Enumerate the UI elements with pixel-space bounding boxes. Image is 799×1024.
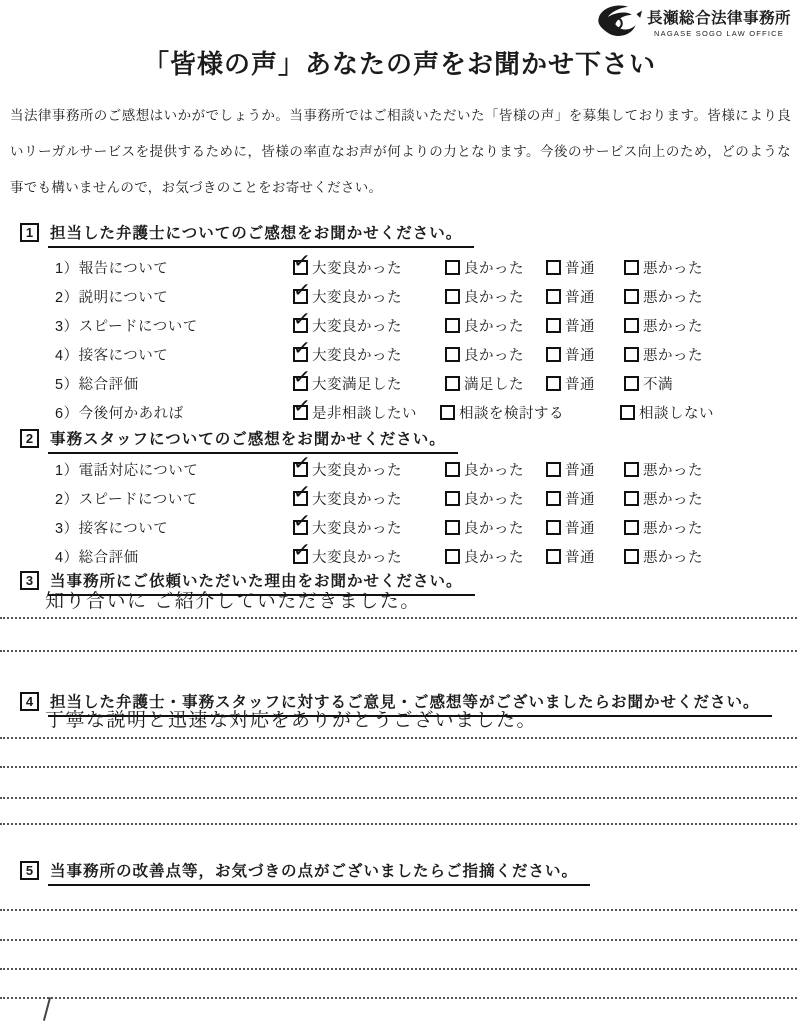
answer-line[interactable]: 知り合いに ご紹介していただきました。 bbox=[0, 586, 797, 619]
option-label: 良かった bbox=[464, 517, 524, 538]
answer-option[interactable]: 相談を検討する bbox=[440, 402, 620, 423]
answer-option[interactable]: 悪かった bbox=[624, 546, 793, 567]
option-label: 普通 bbox=[565, 546, 595, 567]
answer-option[interactable]: 普通 bbox=[546, 517, 624, 538]
option-label: 普通 bbox=[565, 459, 595, 480]
checkbox-icon[interactable] bbox=[293, 318, 308, 333]
answer-option[interactable]: 良かった bbox=[445, 344, 546, 365]
section-1-header: 1 担当した弁護士についてのご感想をお聞かせください。 bbox=[20, 221, 474, 248]
survey-form-page: 長瀬総合法律事務所 NAGASE SOGO LAW OFFICE 「皆様の声」あ… bbox=[0, 0, 799, 1024]
checkbox-icon[interactable] bbox=[293, 376, 308, 391]
checkbox-icon[interactable] bbox=[445, 491, 460, 506]
answer-option[interactable]: 大変良かった bbox=[293, 459, 445, 480]
answer-option[interactable]: 満足した bbox=[445, 373, 546, 394]
checkbox-icon[interactable] bbox=[293, 462, 308, 477]
checkbox-icon[interactable] bbox=[546, 491, 561, 506]
checkbox-icon[interactable] bbox=[445, 347, 460, 362]
option-label: 普通 bbox=[565, 286, 595, 307]
scan-artifact bbox=[43, 997, 51, 1021]
question-label: 1）電話対応について bbox=[55, 459, 293, 480]
option-label: 悪かった bbox=[643, 546, 703, 567]
handwritten-answer: 知り合いに ご紹介していただきました。 bbox=[45, 591, 421, 612]
section-2-rows: 1）電話対応について 大変良かった 良かった 普通 悪かった 2）スピードについ… bbox=[55, 455, 793, 571]
section-1-number: 1 bbox=[20, 223, 39, 242]
checkbox-icon[interactable] bbox=[546, 289, 561, 304]
section-2-header: 2 事務スタッフについてのご感想をお聞かせください。 bbox=[20, 427, 458, 454]
checkbox-icon[interactable] bbox=[293, 405, 308, 420]
checkbox-icon[interactable] bbox=[293, 289, 308, 304]
checkbox-icon[interactable] bbox=[445, 462, 460, 477]
section-1-rows: 1）報告について 大変良かった 良かった 普通 悪かった 2）説明について 大変… bbox=[55, 253, 793, 427]
option-label: 大変良かった bbox=[312, 315, 402, 336]
checkbox-icon[interactable] bbox=[546, 462, 561, 477]
option-label: 悪かった bbox=[643, 257, 703, 278]
answer-option[interactable]: 普通 bbox=[546, 373, 624, 394]
option-label: 良かった bbox=[464, 488, 524, 509]
answer-line[interactable]: 丁寧な説明と迅速な対応をありがとうございました。 bbox=[0, 705, 797, 739]
option-label: 悪かった bbox=[643, 488, 703, 509]
checkbox-icon[interactable] bbox=[445, 520, 460, 535]
question-label: 3）接客について bbox=[55, 517, 293, 538]
answer-option[interactable]: 大変良かった bbox=[293, 517, 445, 538]
checkbox-icon[interactable] bbox=[624, 260, 639, 275]
option-label: 大変良かった bbox=[312, 517, 402, 538]
answer-option[interactable]: 普通 bbox=[546, 344, 624, 365]
checkbox-icon[interactable] bbox=[624, 491, 639, 506]
answer-option[interactable]: 普通 bbox=[546, 286, 624, 307]
answer-option[interactable]: 悪かった bbox=[624, 459, 793, 480]
survey-row: 1）報告について 大変良かった 良かった 普通 悪かった bbox=[55, 253, 793, 282]
checkbox-icon[interactable] bbox=[624, 462, 639, 477]
option-label: 悪かった bbox=[643, 459, 703, 480]
page-title: 「皆様の声」あなたの声をお聞かせ下さい bbox=[0, 44, 799, 81]
checkbox-icon[interactable] bbox=[293, 260, 308, 275]
intro-paragraph: 当法律事務所のご感想はいかがでしょうか。当事務所ではご相談いただいた「皆様の声」… bbox=[10, 98, 791, 206]
checkbox-icon[interactable] bbox=[293, 549, 308, 564]
option-label: 満足した bbox=[464, 373, 524, 394]
checkbox-icon[interactable] bbox=[624, 520, 639, 535]
answer-option[interactable]: 悪かった bbox=[624, 344, 793, 365]
survey-row: 5）総合評価 大変満足した 満足した 普通 不満 bbox=[55, 369, 793, 398]
checkbox-icon[interactable] bbox=[620, 405, 635, 420]
option-label: 良かった bbox=[464, 286, 524, 307]
answer-option[interactable]: 良かった bbox=[445, 315, 546, 336]
answer-option[interactable]: 悪かった bbox=[624, 315, 793, 336]
question-label: 5）総合評価 bbox=[55, 373, 293, 394]
checkbox-icon[interactable] bbox=[546, 376, 561, 391]
option-label: 普通 bbox=[565, 257, 595, 278]
checkbox-icon[interactable] bbox=[624, 347, 639, 362]
checkbox-icon[interactable] bbox=[293, 520, 308, 535]
answer-option[interactable]: 悪かった bbox=[624, 517, 793, 538]
answer-option[interactable]: 大変良かった bbox=[293, 257, 445, 278]
handwritten-answer: 丁寧な説明と迅速な対応をありがとうございました。 bbox=[45, 710, 537, 731]
checkbox-icon[interactable] bbox=[440, 405, 455, 420]
option-label: 大変良かった bbox=[312, 546, 402, 567]
checkbox-icon[interactable] bbox=[445, 289, 460, 304]
section-1-heading: 担当した弁護士についてのご感想をお聞かせください。 bbox=[48, 221, 474, 248]
option-label: 悪かった bbox=[643, 344, 703, 365]
answer-option[interactable]: 良かった bbox=[445, 459, 546, 480]
checkbox-icon[interactable] bbox=[624, 318, 639, 333]
question-label: 1）報告について bbox=[55, 257, 293, 278]
answer-option[interactable]: 普通 bbox=[546, 315, 624, 336]
question-label: 3）スピードについて bbox=[55, 315, 293, 336]
answer-option[interactable]: 良かった bbox=[445, 546, 546, 567]
question-label: 2）説明について bbox=[55, 286, 293, 307]
answer-option[interactable]: 良かった bbox=[445, 488, 546, 509]
question-label: 4）接客について bbox=[55, 344, 293, 365]
option-label: 相談しない bbox=[639, 402, 714, 423]
answer-option[interactable]: 良かった bbox=[445, 286, 546, 307]
answer-line[interactable] bbox=[0, 797, 797, 799]
option-label: 不満 bbox=[643, 373, 673, 394]
answer-option[interactable]: 普通 bbox=[546, 488, 624, 509]
logo-subtitle: NAGASE SOGO LAW OFFICE bbox=[647, 29, 791, 38]
answer-option[interactable]: 良かった bbox=[445, 517, 546, 538]
checkbox-icon[interactable] bbox=[445, 549, 460, 564]
survey-row: 2）説明について 大変良かった 良かった 普通 悪かった bbox=[55, 282, 793, 311]
section-5-header: 5 当事務所の改善点等，お気づきの点がございましたらご指摘ください。 bbox=[20, 859, 590, 886]
answer-line[interactable] bbox=[0, 909, 797, 911]
checkbox-icon[interactable] bbox=[293, 347, 308, 362]
option-label: 良かった bbox=[464, 257, 524, 278]
question-label: 4）総合評価 bbox=[55, 546, 293, 567]
checkbox-icon[interactable] bbox=[624, 376, 639, 391]
option-label: 大変満足した bbox=[312, 373, 402, 394]
question-label: 2）スピードについて bbox=[55, 488, 293, 509]
checkbox-icon[interactable] bbox=[624, 549, 639, 564]
checkbox-icon[interactable] bbox=[546, 520, 561, 535]
question-label: 6）今後何かあれば bbox=[55, 402, 293, 423]
answer-line[interactable] bbox=[0, 968, 797, 970]
answer-line[interactable] bbox=[0, 650, 797, 652]
answer-option[interactable]: 是非相談したい bbox=[293, 402, 440, 423]
answer-option[interactable]: 大変良かった bbox=[293, 344, 445, 365]
answer-option[interactable]: 相談しない bbox=[620, 402, 793, 423]
option-label: 是非相談したい bbox=[312, 402, 417, 423]
answer-line[interactable] bbox=[0, 939, 797, 941]
option-label: 悪かった bbox=[643, 517, 703, 538]
section-5-heading: 当事務所の改善点等，お気づきの点がございましたらご指摘ください。 bbox=[48, 859, 590, 886]
checkbox-icon[interactable] bbox=[445, 318, 460, 333]
checkbox-icon[interactable] bbox=[293, 491, 308, 506]
answer-line[interactable] bbox=[0, 766, 797, 768]
survey-row: 3）接客について 大変良かった 良かった 普通 悪かった bbox=[55, 513, 793, 542]
survey-row: 3）スピードについて 大変良かった 良かった 普通 悪かった bbox=[55, 311, 793, 340]
option-label: 良かった bbox=[464, 315, 524, 336]
option-label: 普通 bbox=[565, 315, 595, 336]
answer-option[interactable]: 大変良かった bbox=[293, 286, 445, 307]
answer-option[interactable]: 不満 bbox=[624, 373, 793, 394]
option-label: 普通 bbox=[565, 488, 595, 509]
option-label: 良かった bbox=[464, 344, 524, 365]
section-2-heading: 事務スタッフについてのご感想をお聞かせください。 bbox=[48, 427, 458, 454]
answer-option[interactable]: 大変良かった bbox=[293, 488, 445, 509]
answer-option[interactable]: 良かった bbox=[445, 257, 546, 278]
logo-text: 長瀬総合法律事務所 NAGASE SOGO LAW OFFICE bbox=[647, 6, 791, 38]
section-5-number: 5 bbox=[20, 861, 39, 880]
survey-row: 1）電話対応について 大変良かった 良かった 普通 悪かった bbox=[55, 455, 793, 484]
option-label: 普通 bbox=[565, 344, 595, 365]
answer-option[interactable]: 悪かった bbox=[624, 286, 793, 307]
checkbox-icon[interactable] bbox=[445, 260, 460, 275]
answer-option[interactable]: 悪かった bbox=[624, 257, 793, 278]
answer-option[interactable]: 悪かった bbox=[624, 488, 793, 509]
option-label: 大変良かった bbox=[312, 459, 402, 480]
answer-option[interactable]: 大変良かった bbox=[293, 546, 445, 567]
option-label: 普通 bbox=[565, 517, 595, 538]
checkbox-icon[interactable] bbox=[546, 549, 561, 564]
option-label: 大変良かった bbox=[312, 488, 402, 509]
checkbox-icon[interactable] bbox=[546, 347, 561, 362]
option-label: 良かった bbox=[464, 459, 524, 480]
checkbox-icon[interactable] bbox=[445, 376, 460, 391]
option-label: 大変良かった bbox=[312, 286, 402, 307]
answer-option[interactable]: 大変満足した bbox=[293, 373, 445, 394]
survey-row: 2）スピードについて 大変良かった 良かった 普通 悪かった bbox=[55, 484, 793, 513]
answer-option[interactable]: 普通 bbox=[546, 257, 624, 278]
checkbox-icon[interactable] bbox=[624, 289, 639, 304]
survey-row: 4）総合評価 大変良かった 良かった 普通 悪かった bbox=[55, 542, 793, 571]
checkbox-icon[interactable] bbox=[546, 260, 561, 275]
checkbox-icon[interactable] bbox=[546, 318, 561, 333]
logo-bird-icon bbox=[596, 3, 642, 40]
survey-row: 4）接客について 大変良かった 良かった 普通 悪かった bbox=[55, 340, 793, 369]
option-label: 相談を検討する bbox=[459, 402, 564, 423]
option-label: 大変良かった bbox=[312, 344, 402, 365]
answer-option[interactable]: 大変良かった bbox=[293, 315, 445, 336]
option-label: 悪かった bbox=[643, 286, 703, 307]
answer-option[interactable]: 普通 bbox=[546, 546, 624, 567]
logo: 長瀬総合法律事務所 NAGASE SOGO LAW OFFICE bbox=[596, 3, 791, 40]
option-label: 普通 bbox=[565, 373, 595, 394]
option-label: 悪かった bbox=[643, 315, 703, 336]
survey-row: 6）今後何かあれば 是非相談したい 相談を検討する 相談しない bbox=[55, 398, 793, 427]
answer-line[interactable] bbox=[0, 823, 797, 825]
option-label: 良かった bbox=[464, 546, 524, 567]
option-label: 大変良かった bbox=[312, 257, 402, 278]
logo-name: 長瀬総合法律事務所 bbox=[647, 6, 791, 28]
answer-option[interactable]: 普通 bbox=[546, 459, 624, 480]
answer-line[interactable] bbox=[0, 997, 797, 999]
section-2-number: 2 bbox=[20, 429, 39, 448]
